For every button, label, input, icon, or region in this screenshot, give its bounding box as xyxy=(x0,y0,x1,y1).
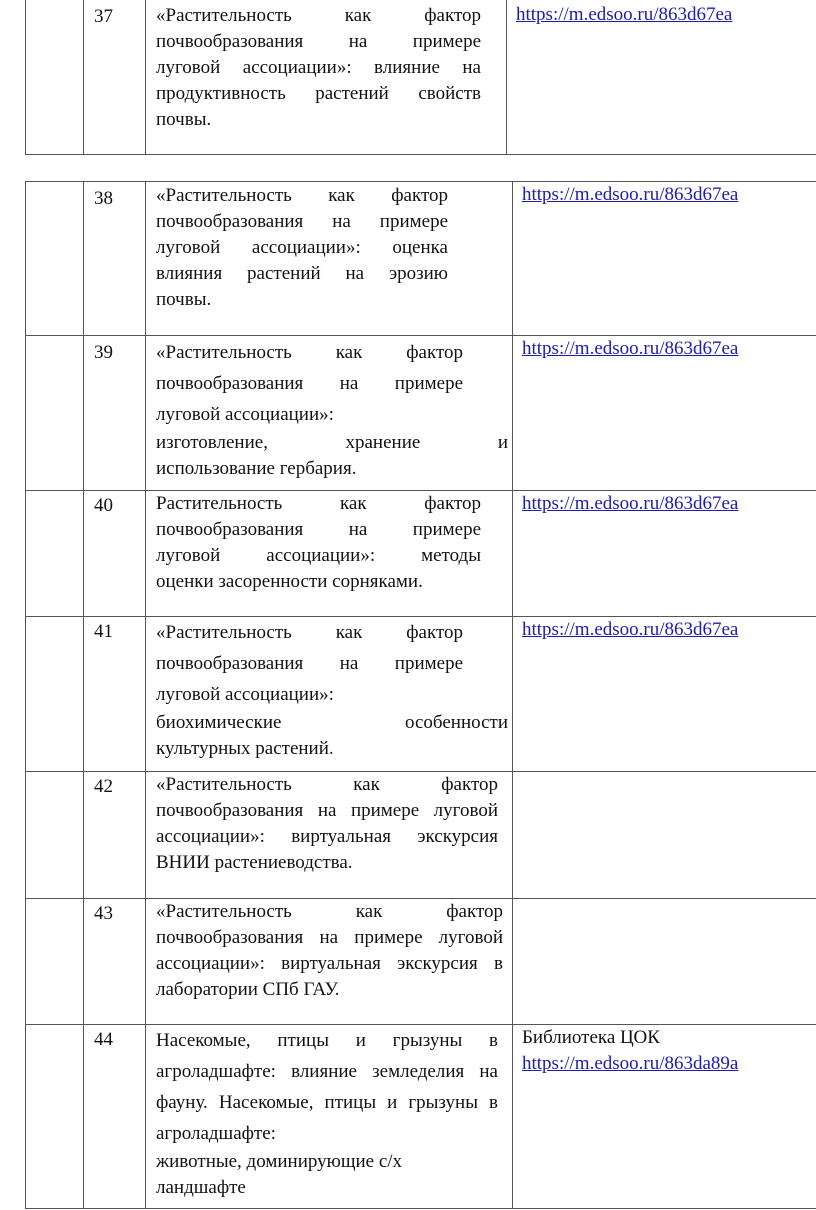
topic-line: почвообразования на примере луговой xyxy=(156,798,498,824)
table-row: 37 «Растительность как факторпочвообразо… xyxy=(26,0,816,154)
topic-line: почвообразования на примере xyxy=(156,517,481,543)
resource-cell: https://m.edsoo.ru/863d67ea xyxy=(522,491,738,517)
table-row: 39 «Растительность как факторпочвообразо… xyxy=(26,336,816,491)
topic-line: луговой ассоциации»: оценка xyxy=(156,235,448,261)
resource-link[interactable]: https://m.edsoo.ru/863da89a xyxy=(522,1051,738,1077)
resource-link[interactable]: https://m.edsoo.ru/863d67ea xyxy=(522,336,738,362)
lesson-topic: «Растительность как факторпочвообразован… xyxy=(156,772,498,876)
lesson-topic: Растительность как факторпочвообразовани… xyxy=(156,491,481,595)
column-divider xyxy=(83,336,84,490)
table-row: 44 Насекомые, птицы и грызуны вагроладша… xyxy=(26,1025,816,1208)
resource-cell: https://m.edsoo.ru/863d67ea xyxy=(522,182,738,208)
table-row: 40 Растительность как факторпочвообразов… xyxy=(26,491,816,617)
lesson-topic: «Растительность как факторпочвообразован… xyxy=(156,899,503,1003)
table-row: 42 «Растительность как факторпочвообразо… xyxy=(26,772,816,899)
topic-line: «Растительность как фактор xyxy=(156,337,463,368)
topic-line: луговой ассоциации»: влияние на xyxy=(156,55,481,81)
topic-line: почвообразования на примере xyxy=(156,29,481,55)
topic-line: Насекомые, птицы и грызуны в xyxy=(156,1025,498,1056)
lesson-table-top: 37 «Растительность как факторпочвообразо… xyxy=(25,0,816,155)
column-divider xyxy=(83,491,84,616)
column-divider xyxy=(83,772,84,898)
topic-line: луговой ассоциации»: xyxy=(156,679,463,710)
column-divider xyxy=(145,0,146,154)
column-divider xyxy=(83,182,84,335)
topic-line: луговой ассоциации»: методы xyxy=(156,543,481,569)
topic-line: агроладшафте: влияние земледелия на xyxy=(156,1056,498,1087)
topic-line: Растительность как фактор xyxy=(156,491,481,517)
column-divider xyxy=(512,617,513,771)
table-row: 43 «Растительность как факторпочвообразо… xyxy=(26,899,816,1025)
column-divider xyxy=(83,0,84,154)
column-divider xyxy=(512,336,513,490)
resource-link[interactable]: https://m.edsoo.ru/863d67ea xyxy=(522,491,738,517)
topic-line: животные, доминирующие с/х xyxy=(156,1149,498,1175)
resource-cell: https://m.edsoo.ru/863d67ea xyxy=(516,2,732,28)
topic-line: почвообразования на примере xyxy=(156,368,463,399)
lesson-topic: Насекомые, птицы и грызуны вагроладшафте… xyxy=(156,1025,498,1201)
lesson-number: 37 xyxy=(94,6,113,28)
topic-line: луговой ассоциации»: xyxy=(156,399,463,430)
lesson-number: 38 xyxy=(94,188,113,210)
topic-line: почвообразования на примере xyxy=(156,209,448,235)
column-divider xyxy=(83,617,84,771)
topic-line: продуктивность растений свойств xyxy=(156,81,481,107)
topic-line: «Растительность как фактор xyxy=(156,617,463,648)
topic-line: «Растительность как фактор xyxy=(156,183,448,209)
lesson-number: 43 xyxy=(94,903,113,925)
lesson-table: 38 «Растительность как факторпочвообразо… xyxy=(25,181,816,1209)
column-divider xyxy=(145,491,146,616)
column-divider xyxy=(512,1025,513,1208)
topic-line: оценки засоренности сорняками. xyxy=(156,569,481,595)
column-divider xyxy=(512,772,513,898)
topic-line: ВНИИ растениеводства. xyxy=(156,850,498,876)
topic-line: влияния растений на эрозию xyxy=(156,261,448,287)
resource-label: Библиотека ЦОК xyxy=(522,1025,738,1051)
topic-line: изготовление, хранение и xyxy=(156,430,508,456)
resource-cell: Библиотека ЦОКhttps://m.edsoo.ru/863da89… xyxy=(522,1025,738,1077)
topic-line: почвы. xyxy=(156,287,448,313)
column-divider xyxy=(83,1025,84,1208)
column-divider xyxy=(506,0,507,154)
topic-line: агроладшафте: xyxy=(156,1118,498,1149)
topic-line: почвообразования на примере xyxy=(156,648,463,679)
column-divider xyxy=(512,182,513,335)
column-divider xyxy=(145,617,146,771)
topic-line: почвообразования на примере луговой xyxy=(156,925,503,951)
lesson-number: 39 xyxy=(94,342,113,364)
resource-link[interactable]: https://m.edsoo.ru/863d67ea xyxy=(522,182,738,208)
resource-cell: https://m.edsoo.ru/863d67ea xyxy=(522,617,738,643)
resource-link[interactable]: https://m.edsoo.ru/863d67ea xyxy=(522,617,738,643)
topic-line: «Растительность как фактор xyxy=(156,899,503,925)
resource-cell: https://m.edsoo.ru/863d67ea xyxy=(522,336,738,362)
column-divider xyxy=(83,899,84,1024)
column-divider xyxy=(145,1025,146,1208)
topic-line: фауну. Насекомые, птицы и грызуны в xyxy=(156,1087,498,1118)
column-divider xyxy=(145,899,146,1024)
lesson-number: 41 xyxy=(94,621,113,643)
column-divider xyxy=(145,182,146,335)
lesson-topic: «Растительность как факторпочвообразован… xyxy=(156,3,481,133)
table-row: 38 «Растительность как факторпочвообразо… xyxy=(26,182,816,336)
resource-link[interactable]: https://m.edsoo.ru/863d67ea xyxy=(516,2,732,28)
lesson-topic: «Растительность как факторпочвообразован… xyxy=(156,183,448,313)
column-divider xyxy=(145,336,146,490)
topic-line: использование гербария. xyxy=(156,456,508,482)
lesson-number: 42 xyxy=(94,776,113,798)
lesson-topic: «Растительность как факторпочвообразован… xyxy=(156,617,508,762)
topic-line: лаборатории СПб ГАУ. xyxy=(156,977,503,1003)
lesson-topic: «Растительность как факторпочвообразован… xyxy=(156,337,508,482)
column-divider xyxy=(145,772,146,898)
topic-line: почвы. xyxy=(156,107,481,133)
lesson-number: 40 xyxy=(94,495,113,517)
column-divider xyxy=(512,491,513,616)
column-divider xyxy=(512,899,513,1024)
topic-line: «Растительность как фактор xyxy=(156,772,498,798)
table-row: 41 «Растительность как факторпочвообразо… xyxy=(26,617,816,772)
lesson-number: 44 xyxy=(94,1029,113,1051)
topic-line: ландшафте xyxy=(156,1175,498,1201)
topic-line: «Растительность как фактор xyxy=(156,3,481,29)
topic-line: культурных растений. xyxy=(156,736,508,762)
topic-line: ассоциации»: виртуальная экскурсия xyxy=(156,824,498,850)
topic-line: биохимические особенности xyxy=(156,710,508,736)
topic-line: ассоциации»: виртуальная экскурсия в xyxy=(156,951,503,977)
